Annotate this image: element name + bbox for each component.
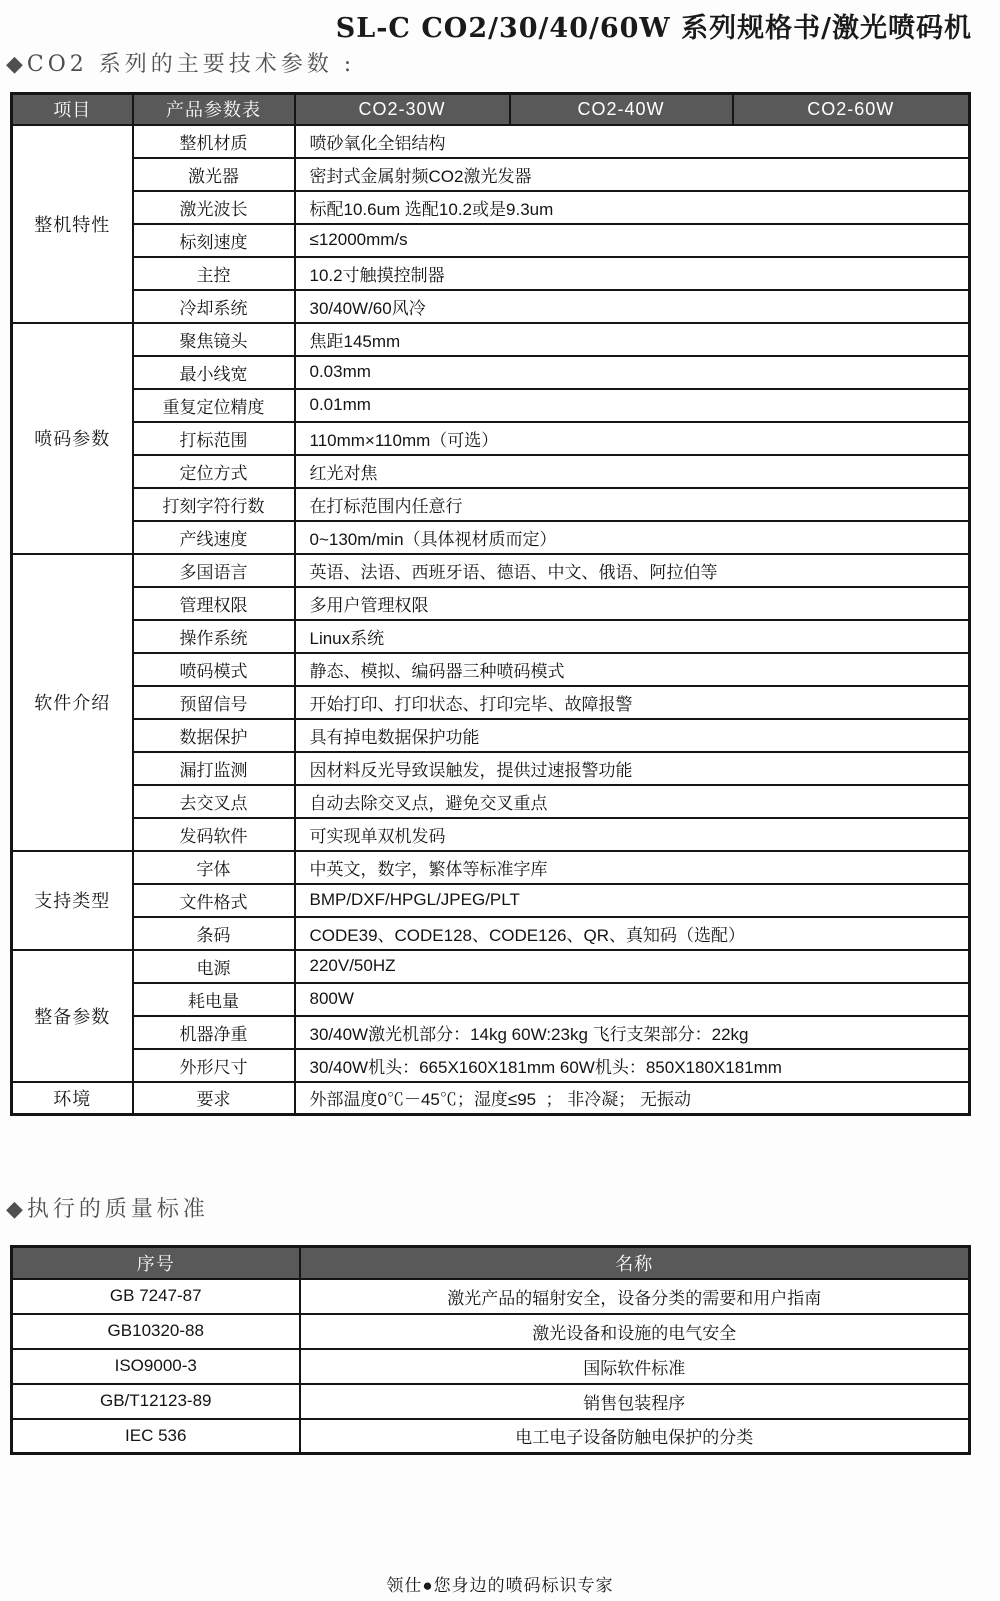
spec-row: 去交叉点自动去除交叉点，避免交叉重点 <box>12 785 970 818</box>
spec-row: 激光器密封式金属射频CO2激光发器 <box>12 158 970 191</box>
spec-param-cell: 激光器 <box>133 158 295 191</box>
spec-row: 定位方式红光对焦 <box>12 455 970 488</box>
spec-value-cell: 标配10.6um 选配10.2或是9.3um <box>295 191 970 224</box>
spec-row: 重复定位精度0.01mm <box>12 389 970 422</box>
spec-param-cell: 要求 <box>133 1082 295 1115</box>
standard-name-cell: 销售包装程序 <box>300 1384 970 1419</box>
spec-value-cell: 0.01mm <box>295 389 970 422</box>
spec-row: 发码软件可实现单双机发码 <box>12 818 970 851</box>
spec-param-cell: 字体 <box>133 851 295 884</box>
spec-param-cell: 重复定位精度 <box>133 389 295 422</box>
standard-code-cell: GB10320-88 <box>12 1314 300 1349</box>
spec-group-cell: 喷码参数 <box>12 323 133 554</box>
spec-table: 项目产品参数表CO2-30WCO2-40WCO2-60W 整机特性整机材质喷砂氧… <box>10 92 971 1116</box>
spec-param-cell: 主控 <box>133 257 295 290</box>
spec-row: 漏打监测因材料反光导致误触发，提供过速报警功能 <box>12 752 970 785</box>
section-heading-specs: ◆CO2 系列的主要技术参数 : <box>6 47 1000 78</box>
spec-value-cell: 可实现单双机发码 <box>295 818 970 851</box>
spec-row: 喷码参数聚焦镜头焦距145mm <box>12 323 970 356</box>
spec-param-cell: 文件格式 <box>133 884 295 917</box>
spec-param-cell: 打刻字符行数 <box>133 488 295 521</box>
standards-row: GB 7247-87激光产品的辐射安全，设备分类的需要和用户指南 <box>12 1279 970 1314</box>
spec-row: 激光波长标配10.6um 选配10.2或是9.3um <box>12 191 970 224</box>
spec-param-cell: 操作系统 <box>133 620 295 653</box>
spec-param-cell: 最小线宽 <box>133 356 295 389</box>
spec-value-cell: 中英文，数字，繁体等标准字库 <box>295 851 970 884</box>
spec-value-cell: 自动去除交叉点，避免交叉重点 <box>295 785 970 818</box>
spec-row: 管理权限多用户管理权限 <box>12 587 970 620</box>
spec-value-cell: 在打标范围内任意行 <box>295 488 970 521</box>
spec-param-cell: 条码 <box>133 917 295 950</box>
spec-row: 标刻速度≤12000mm/s <box>12 224 970 257</box>
spec-param-cell: 整机材质 <box>133 125 295 158</box>
spec-row: 操作系统Linux系统 <box>12 620 970 653</box>
spec-value-cell: 焦距145mm <box>295 323 970 356</box>
spec-param-cell: 发码软件 <box>133 818 295 851</box>
spec-param-cell: 聚焦镜头 <box>133 323 295 356</box>
spec-param-cell: 机器净重 <box>133 1016 295 1049</box>
spec-value-cell: 30/40W/60风冷 <box>295 290 970 323</box>
spec-column-header: 产品参数表 <box>133 94 295 125</box>
page-title: SL-C CO2/30/40/60W 系列规格书/激光喷码机 <box>0 0 1000 45</box>
spec-param-cell: 耗电量 <box>133 983 295 1016</box>
standard-code-cell: IEC 536 <box>12 1419 300 1454</box>
spec-group-cell: 整备参数 <box>12 950 133 1082</box>
standard-code-cell: GB 7247-87 <box>12 1279 300 1314</box>
spec-value-cell: Linux系统 <box>295 620 970 653</box>
spec-param-cell: 标刻速度 <box>133 224 295 257</box>
spec-value-cell: 220V/50HZ <box>295 950 970 983</box>
standards-row: ISO9000-3国际软件标准 <box>12 1349 970 1384</box>
standard-code-cell: GB/T12123-89 <box>12 1384 300 1419</box>
spec-row: 整备参数电源220V/50HZ <box>12 950 970 983</box>
spec-row: 喷码模式静态、模拟、编码器三种喷码模式 <box>12 653 970 686</box>
standards-row: GB10320-88激光设备和设施的电气安全 <box>12 1314 970 1349</box>
standard-name-cell: 激光设备和设施的电气安全 <box>300 1314 970 1349</box>
standards-row: IEC 536电工电子设备防触电保护的分类 <box>12 1419 970 1454</box>
spec-value-cell: CODE39、CODE128、CODE126、QR、真知码（选配） <box>295 917 970 950</box>
spec-row: 文件格式BMP/DXF/HPGL/JPEG/PLT <box>12 884 970 917</box>
standards-table: 序号名称 GB 7247-87激光产品的辐射安全，设备分类的需要和用户指南GB1… <box>10 1245 971 1455</box>
spec-value-cell: 英语、法语、西班牙语、德语、中文、俄语、阿拉伯等 <box>295 554 970 587</box>
spec-value-cell: 800W <box>295 983 970 1016</box>
spec-row: 条码CODE39、CODE128、CODE126、QR、真知码（选配） <box>12 917 970 950</box>
spec-row: 打刻字符行数在打标范围内任意行 <box>12 488 970 521</box>
spec-value-cell: 密封式金属射频CO2激光发器 <box>295 158 970 191</box>
spec-value-cell: 10.2寸触摸控制器 <box>295 257 970 290</box>
spec-value-cell: 外部温度0℃－45℃；湿度≤95 ； 非冷凝； 无振动 <box>295 1082 970 1115</box>
spec-value-cell: ≤12000mm/s <box>295 224 970 257</box>
spec-row: 数据保护具有掉电数据保护功能 <box>12 719 970 752</box>
spec-column-header: CO2-30W <box>295 94 510 125</box>
spec-row: 外形尺寸30/40W机头：665X160X181mm 60W机头：850X180… <box>12 1049 970 1082</box>
spec-row: 耗电量800W <box>12 983 970 1016</box>
spec-row: 软件介绍多国语言英语、法语、西班牙语、德语、中文、俄语、阿拉伯等 <box>12 554 970 587</box>
footer-tagline: 领仕●您身边的喷码标识专家 <box>0 1571 1000 1596</box>
spec-group-cell: 支持类型 <box>12 851 133 950</box>
spec-param-cell: 数据保护 <box>133 719 295 752</box>
spec-param-cell: 喷码模式 <box>133 653 295 686</box>
spec-row: 整机特性整机材质喷砂氧化全铝结构 <box>12 125 970 158</box>
spec-param-cell: 产线速度 <box>133 521 295 554</box>
spec-value-cell: 喷砂氧化全铝结构 <box>295 125 970 158</box>
spec-param-cell: 管理权限 <box>133 587 295 620</box>
standards-column-header: 序号 <box>12 1247 300 1279</box>
standards-table-header-row: 序号名称 <box>12 1247 970 1279</box>
spec-value-cell: 0~130m/min（具体视材质而定） <box>295 521 970 554</box>
standard-name-cell: 国际软件标准 <box>300 1349 970 1384</box>
spec-value-cell: 红光对焦 <box>295 455 970 488</box>
spec-param-cell: 冷却系统 <box>133 290 295 323</box>
spec-group-cell: 软件介绍 <box>12 554 133 851</box>
spec-column-header: 项目 <box>12 94 133 125</box>
spec-param-cell: 外形尺寸 <box>133 1049 295 1082</box>
spec-value-cell: 30/40W激光机部分：14kg 60W:23kg 飞行支架部分：22kg <box>295 1016 970 1049</box>
spec-row: 冷却系统30/40W/60风冷 <box>12 290 970 323</box>
spec-row: 支持类型字体中英文，数字，繁体等标准字库 <box>12 851 970 884</box>
spec-value-cell: 多用户管理权限 <box>295 587 970 620</box>
spec-value-cell: 开始打印、打印状态、打印完毕、故障报警 <box>295 686 970 719</box>
spec-value-cell: 30/40W机头：665X160X181mm 60W机头：850X180X181… <box>295 1049 970 1082</box>
standard-code-cell: ISO9000-3 <box>12 1349 300 1384</box>
spec-column-header: CO2-60W <box>733 94 970 125</box>
spec-table-header-row: 项目产品参数表CO2-30WCO2-40WCO2-60W <box>12 94 970 125</box>
spec-param-cell: 漏打监测 <box>133 752 295 785</box>
spec-value-cell: 因材料反光导致误触发，提供过速报警功能 <box>295 752 970 785</box>
spec-row: 预留信号开始打印、打印状态、打印完毕、故障报警 <box>12 686 970 719</box>
spec-param-cell: 多国语言 <box>133 554 295 587</box>
spec-group-cell: 整机特性 <box>12 125 133 323</box>
spec-param-cell: 定位方式 <box>133 455 295 488</box>
spec-row: 打标范围110mm×110mm（可选） <box>12 422 970 455</box>
spec-group-cell: 环境 <box>12 1082 133 1115</box>
spec-value-cell: 0.03mm <box>295 356 970 389</box>
spec-row: 环境要求外部温度0℃－45℃；湿度≤95 ； 非冷凝； 无振动 <box>12 1082 970 1115</box>
spec-row: 主控10.2寸触摸控制器 <box>12 257 970 290</box>
spec-row: 机器净重30/40W激光机部分：14kg 60W:23kg 飞行支架部分：22k… <box>12 1016 970 1049</box>
spec-param-cell: 激光波长 <box>133 191 295 224</box>
spec-value-cell: 具有掉电数据保护功能 <box>295 719 970 752</box>
standards-row: GB/T12123-89销售包装程序 <box>12 1384 970 1419</box>
spec-param-cell: 打标范围 <box>133 422 295 455</box>
spec-value-cell: BMP/DXF/HPGL/JPEG/PLT <box>295 884 970 917</box>
spec-param-cell: 电源 <box>133 950 295 983</box>
spec-param-cell: 预留信号 <box>133 686 295 719</box>
section-heading-standards: ◆执行的质量标准 <box>6 1192 1000 1223</box>
standards-column-header: 名称 <box>300 1247 970 1279</box>
standard-name-cell: 电工电子设备防触电保护的分类 <box>300 1419 970 1454</box>
spec-row: 产线速度0~130m/min（具体视材质而定） <box>12 521 970 554</box>
spec-param-cell: 去交叉点 <box>133 785 295 818</box>
spec-value-cell: 静态、模拟、编码器三种喷码模式 <box>295 653 970 686</box>
spec-value-cell: 110mm×110mm（可选） <box>295 422 970 455</box>
spec-column-header: CO2-40W <box>510 94 733 125</box>
standard-name-cell: 激光产品的辐射安全，设备分类的需要和用户指南 <box>300 1279 970 1314</box>
spec-row: 最小线宽0.03mm <box>12 356 970 389</box>
